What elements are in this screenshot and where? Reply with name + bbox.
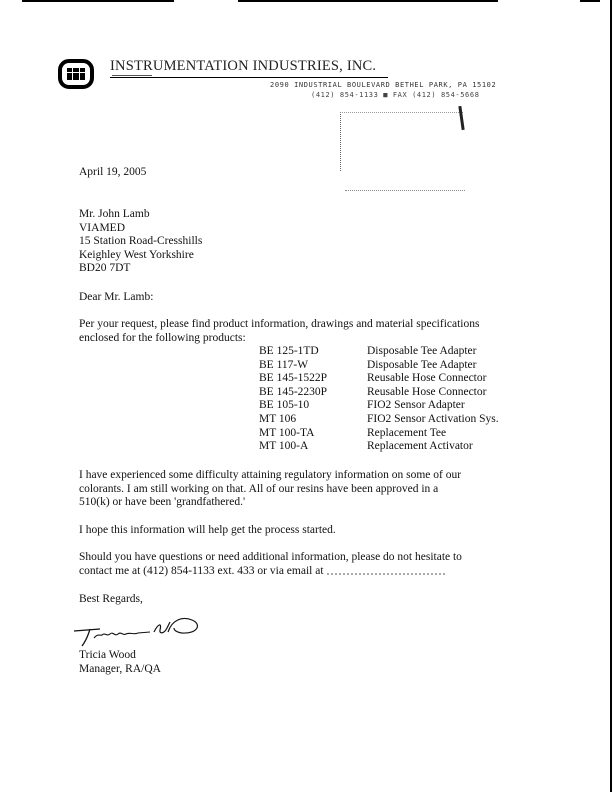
product-description: Reusable Hose Connector <box>367 372 486 386</box>
product-row: MT 100-A Replacement Activator <box>259 440 499 454</box>
product-code: BE 145-2230P <box>259 386 367 400</box>
recipient-street: 15 Station Road-Cresshills <box>79 235 202 249</box>
product-code: BE 125-1TD <box>259 345 367 359</box>
salutation: Dear Mr. Lamb: <box>79 291 153 305</box>
intro-paragraph: Per your request, please find product in… <box>79 318 479 345</box>
intro-line: enclosed for the following products: <box>79 332 479 346</box>
iii-logo-icon <box>58 59 94 89</box>
product-code: MT 100-TA <box>259 427 367 441</box>
product-code: BE 117-W <box>259 359 367 373</box>
product-description: Disposable Tee Adapter <box>367 359 476 373</box>
recipient-address: Mr. John Lamb VIAMED 15 Station Road-Cre… <box>79 208 202 276</box>
recipient-city: Keighley West Yorkshire <box>79 249 202 263</box>
contact-paragraph: Should you have questions or need additi… <box>79 551 462 578</box>
scan-edge-line <box>580 0 600 2</box>
product-code: MT 106 <box>259 413 367 427</box>
contact-line-text: contact me at (412) 854-1133 ext. 433 or… <box>79 565 324 577</box>
letterhead-rule-accent <box>112 75 152 76</box>
contact-line: Should you have questions or need additi… <box>79 551 462 565</box>
contact-line: contact me at (412) 854-1133 ext. 433 or… <box>79 565 462 579</box>
recipient-name: Mr. John Lamb <box>79 208 202 222</box>
product-row: MT 106 FIO2 Sensor Activation Sys. <box>259 413 499 427</box>
hope-paragraph: I hope this information will help get th… <box>79 524 336 538</box>
product-row: BE 105-10 FIO2 Sensor Adapter <box>259 399 499 413</box>
product-description: Disposable Tee Adapter <box>367 345 476 359</box>
letterhead-rule <box>110 77 388 78</box>
product-row: BE 125-1TD Disposable Tee Adapter <box>259 345 499 359</box>
signer-title: Manager, RA/QA <box>79 663 161 677</box>
regulatory-line: I have experienced some difficulty attai… <box>79 469 461 483</box>
stamp-marks-bottom <box>345 190 465 192</box>
product-code: MT 100-A <box>259 440 367 454</box>
recipient-company: VIAMED <box>79 222 202 236</box>
regulatory-line: 510(k) or have been 'grandfathered.' <box>79 496 461 510</box>
signer-block: Tricia Wood Manager, RA/QA <box>79 649 161 676</box>
intro-line: Per your request, please find product in… <box>79 318 479 332</box>
company-phones: (412) 854-1133 ■ FAX (412) 854-5668 <box>311 91 480 99</box>
letter-date: April 19, 2005 <box>79 166 146 180</box>
company-address: 2090 INDUSTRIAL BOULEVARD BETHEL PARK, P… <box>270 81 496 89</box>
product-row: BE 117-W Disposable Tee Adapter <box>259 359 499 373</box>
product-description: Replacement Activator <box>367 440 473 454</box>
product-code: BE 105-10 <box>259 399 367 413</box>
signer-name: Tricia Wood <box>79 649 161 663</box>
redacted-email <box>327 567 445 575</box>
regulatory-line: colorants. I am still working on that. A… <box>79 483 461 497</box>
scan-edge-line <box>22 0 174 2</box>
product-code: BE 145-1522P <box>259 372 367 386</box>
product-description: FIO2 Sensor Activation Sys. <box>367 413 499 427</box>
handwritten-signature <box>70 614 210 650</box>
product-row: BE 145-1522P Reusable Hose Connector <box>259 372 499 386</box>
received-stamp-marks <box>340 112 463 171</box>
product-row: BE 145-2230P Reusable Hose Connector <box>259 386 499 400</box>
product-list: BE 125-1TD Disposable Tee Adapter BE 117… <box>259 345 499 454</box>
product-description: Replacement Tee <box>367 427 446 441</box>
recipient-postcode: BD20 7DT <box>79 262 202 276</box>
closing: Best Regards, <box>79 593 143 607</box>
product-row: MT 100-TA Replacement Tee <box>259 427 499 441</box>
company-name: INSTRUMENTATION INDUSTRIES, INC. <box>110 58 376 75</box>
product-description: Reusable Hose Connector <box>367 386 486 400</box>
product-description: FIO2 Sensor Adapter <box>367 399 465 413</box>
scan-edge-line <box>238 0 498 2</box>
letter-page: INSTRUMENTATION INDUSTRIES, INC. 2090 IN… <box>0 0 612 792</box>
regulatory-paragraph: I have experienced some difficulty attai… <box>79 469 461 510</box>
